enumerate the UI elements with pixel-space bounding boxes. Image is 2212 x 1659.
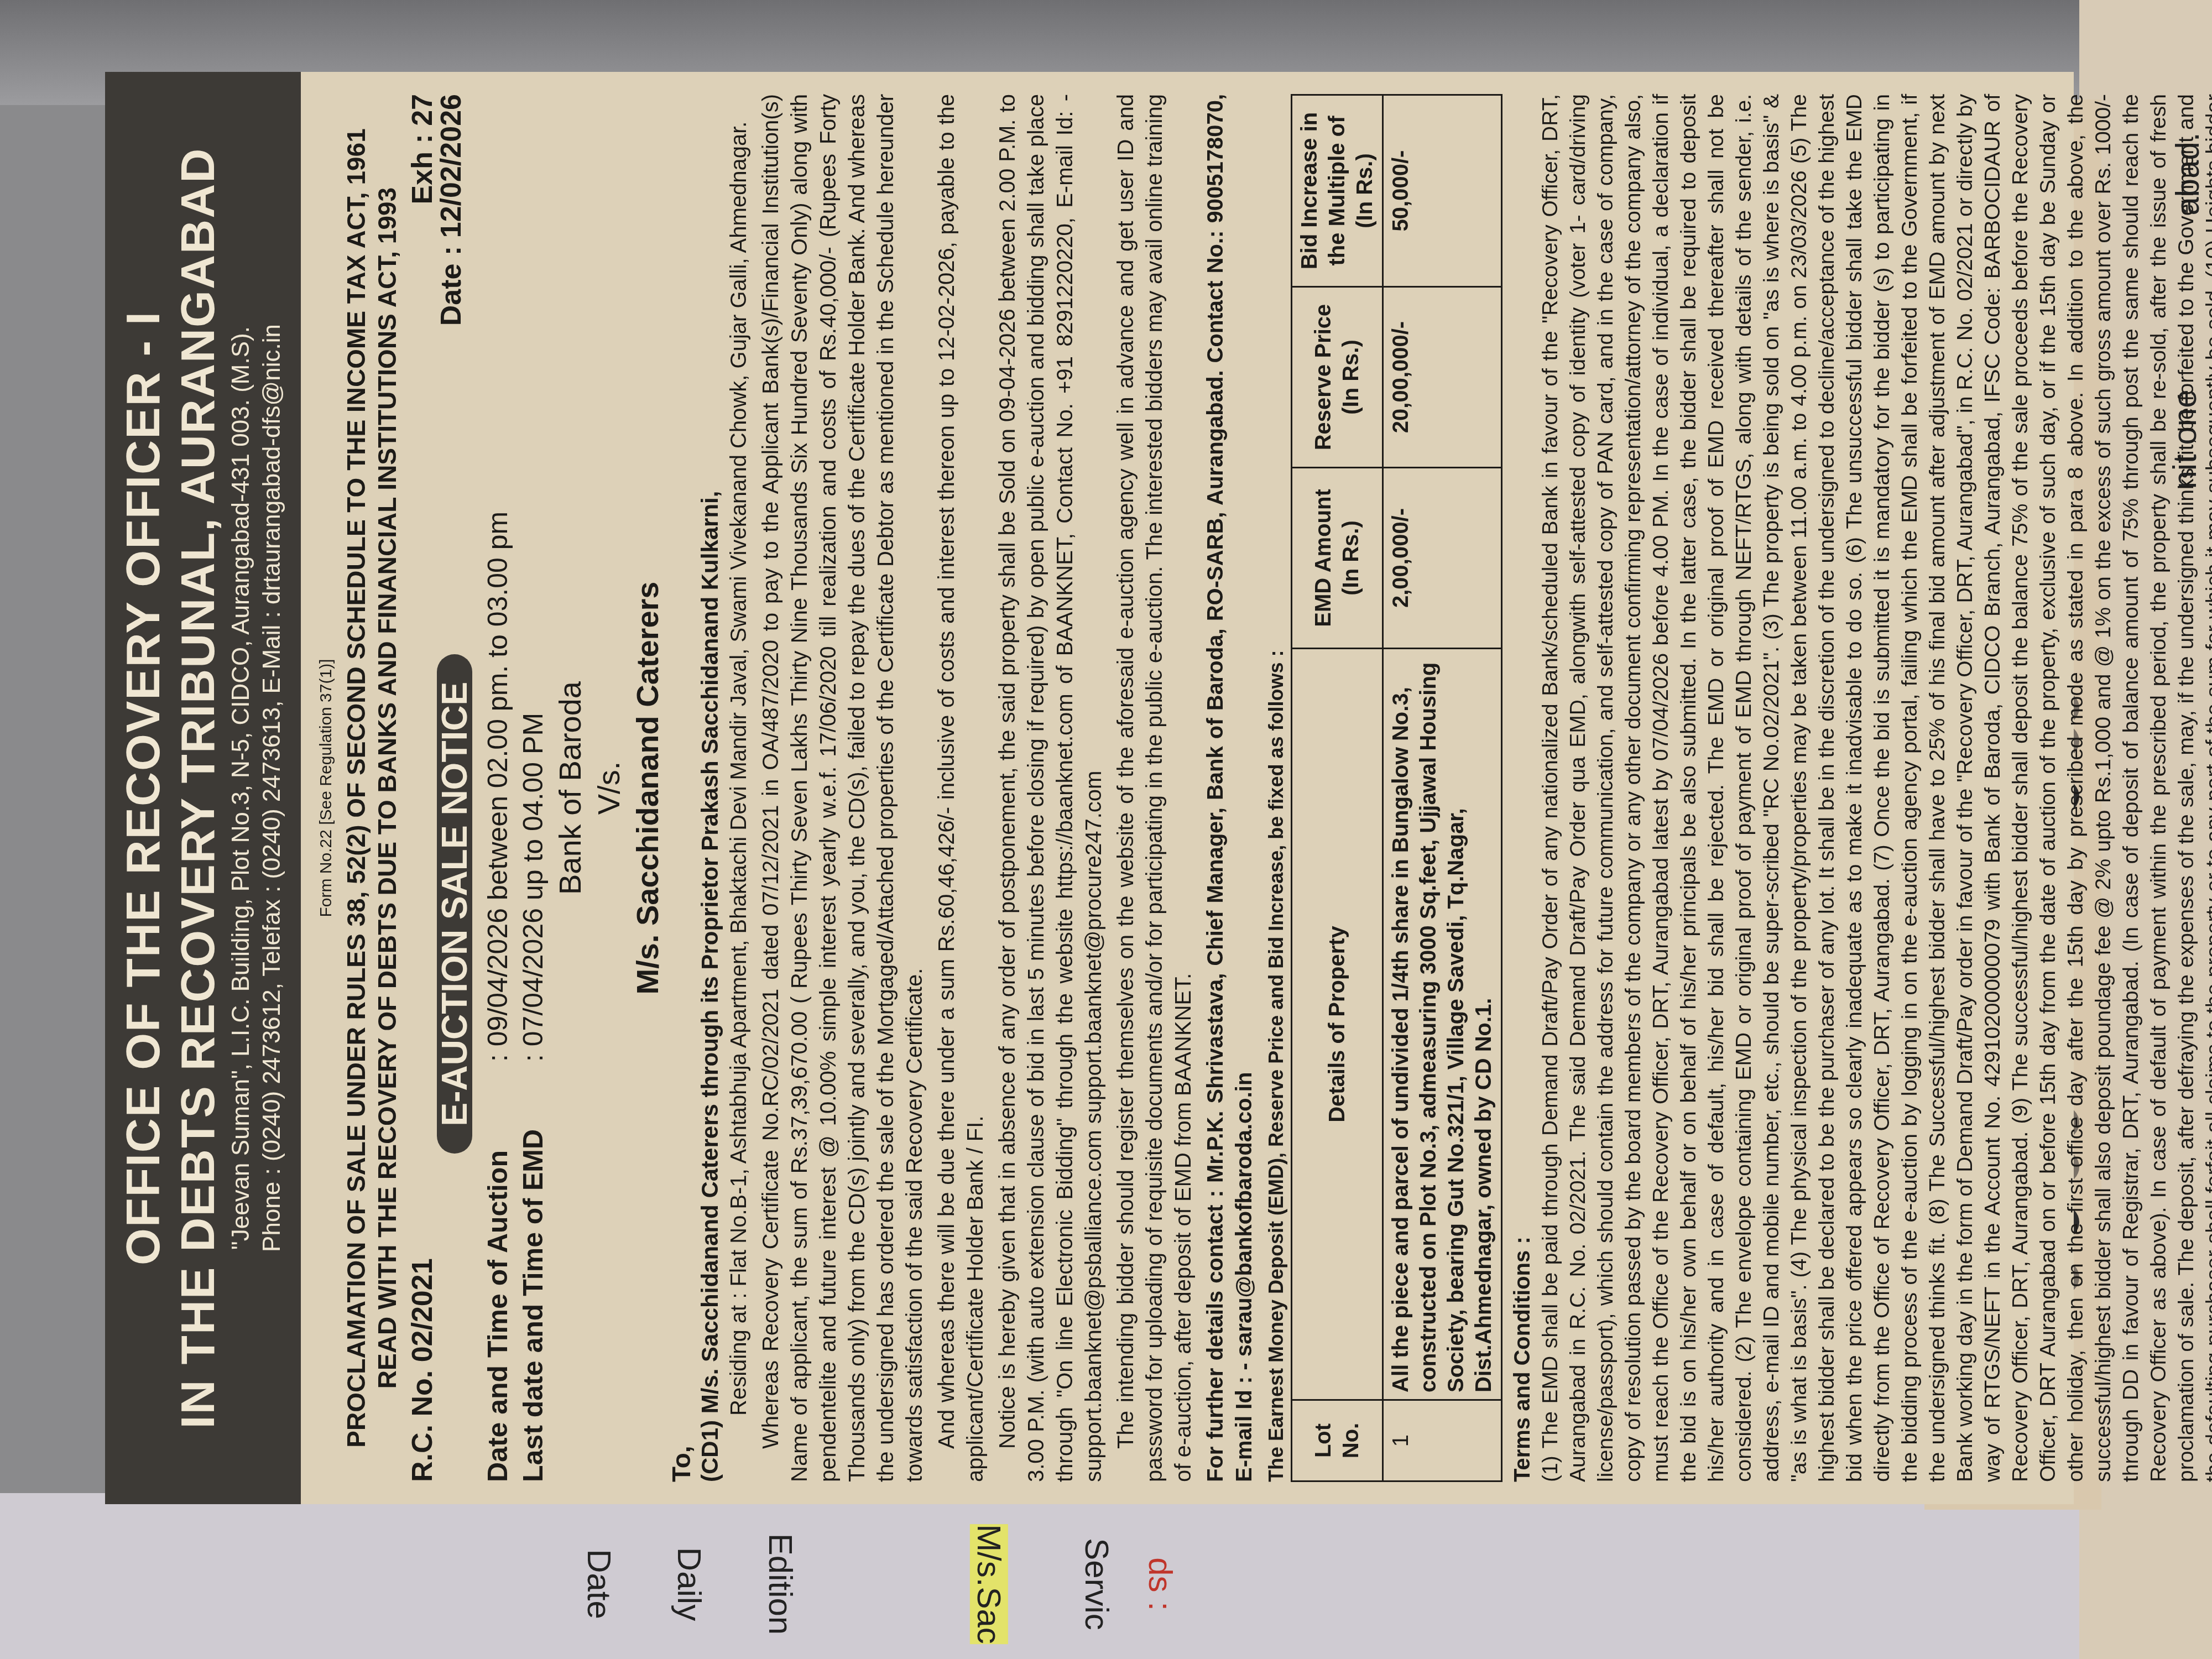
contact-paragraph: For further details contact : Mr.P.K. Sh… <box>1201 94 1259 1482</box>
defendant: M/s. Sacchidanand Caterers <box>628 94 667 1482</box>
terms-and-conditions: (1) The EMD shall be paid through Demand… <box>1537 94 2212 1482</box>
office-title: OFFICE OF THE RECOVERY OFFICER - I <box>116 88 171 1488</box>
background-text-fragment: Date <box>580 1549 618 1619</box>
background-text-fragment: Edition <box>761 1533 800 1635</box>
legal-notice-page: OFFICE OF THE RECOVERY OFFICER - I IN TH… <box>105 0 2074 1504</box>
column-header: Reserve Price (In Rs.) <box>1292 287 1383 468</box>
column-header: EMD Amount (In Rs.) <box>1292 468 1383 649</box>
emd-caption: The Earnest Money Deposit (EMD), Reserve… <box>1262 94 1291 1482</box>
office-contact: Phone : (0240) 2473612, Telefax : (0240)… <box>257 88 288 1488</box>
lot-number: 1 <box>1383 1400 1502 1481</box>
case-parties: Bank of Baroda V/s. M/s. Sacchidanand Ca… <box>551 94 667 1482</box>
addressee-cd1: (CD1) M/s. Sacchidanand Caterers through… <box>696 94 724 1482</box>
recovery-certificate-paragraph: Whereas Recovery Certificate No.RC/02/20… <box>757 94 929 1482</box>
emd-deadline-value: : 07/04/2026 up to 04.00 PM <box>515 713 551 1062</box>
table-row: 1 All the piece and parcel of undivided … <box>1383 95 1502 1481</box>
proclamation-line: READ WITH THE RECOVERY OF DEBTS DUE TO B… <box>372 94 403 1482</box>
auction-datetime-label: Date and Time of Auction <box>480 1062 515 1482</box>
emd-deadline-row: Last date and Time of EMD : 07/04/2026 u… <box>515 94 551 1482</box>
e-auction-sale-notice: OFFICE OF THE RECOVERY OFFICER - I IN TH… <box>105 72 2074 1504</box>
versus: V/s. <box>589 94 628 1482</box>
addressee-to: To, <box>667 94 696 1482</box>
applicant-bank: Bank of Baroda <box>551 94 589 1482</box>
auction-notice-paragraph: Notice is hereby given that in absence o… <box>993 94 1108 1482</box>
form-number: Form No.22 [See Regulation 37(1)] <box>312 94 341 1482</box>
dues-paragraph: And whereas there will be due there unde… <box>932 94 990 1482</box>
reserve-price: 20,00,000/- <box>1383 287 1502 468</box>
background-text-fragment: Daily <box>670 1547 708 1621</box>
emd-amount: 2,00,000/- <box>1383 468 1502 649</box>
property-details: All the piece and parcel of undivided 1/… <box>1383 649 1502 1400</box>
emd-table: Lot No. Details of Property EMD Amount (… <box>1291 94 1503 1482</box>
proclamation-line: PROCLAMATION OF SALE UNDER RULES 38, 52(… <box>341 94 372 1482</box>
notice-date: Date : 12/02/2026 <box>437 94 466 326</box>
notice-header: OFFICE OF THE RECOVERY OFFICER - I IN TH… <box>105 72 301 1504</box>
background-text-fragment-highlighted: M/s.Sac <box>970 1524 1008 1644</box>
emd-deadline-label: Last date and Time of EMD <box>515 1062 551 1482</box>
terms-title: Terms and Conditions : <box>1508 94 1537 1482</box>
rc-number: R.C. No. 02/2021 <box>408 1258 437 1482</box>
addressee-residence: Residing at : Flat No.B-1, Ashtabhuja Ap… <box>724 94 753 1482</box>
registration-paragraph: The intending bidder should register the… <box>1112 94 1198 1482</box>
exhibit-number: Exh : 27 <box>408 94 437 204</box>
emd-table-header: Lot No. Details of Property EMD Amount (… <box>1292 95 1383 1481</box>
auction-datetime-value: : 09/04/2026 between 02.00 pm. to 03.00 … <box>480 512 515 1062</box>
auction-datetime-row: Date and Time of Auction : 09/04/2026 be… <box>480 94 515 1482</box>
column-header: Lot No. <box>1292 1400 1383 1481</box>
column-header: Bid Increase in the Multiple of (In Rs.) <box>1292 95 1383 287</box>
background-text-fragment: ds : <box>1141 1557 1180 1611</box>
background-text-fragment: Servic <box>1078 1538 1116 1630</box>
notice-type-badge: E-AUCTION SALE NOTICE <box>437 654 472 1154</box>
bid-increment: 50,000/- <box>1383 95 1502 287</box>
tribunal-title: IN THE DEBTS RECOVERY TRIBUNAL, AURANGAB… <box>171 88 226 1488</box>
column-header: Details of Property <box>1292 649 1383 1400</box>
office-address: "Jeevan Suman", L.I.C. Building, Plot No… <box>226 88 257 1488</box>
